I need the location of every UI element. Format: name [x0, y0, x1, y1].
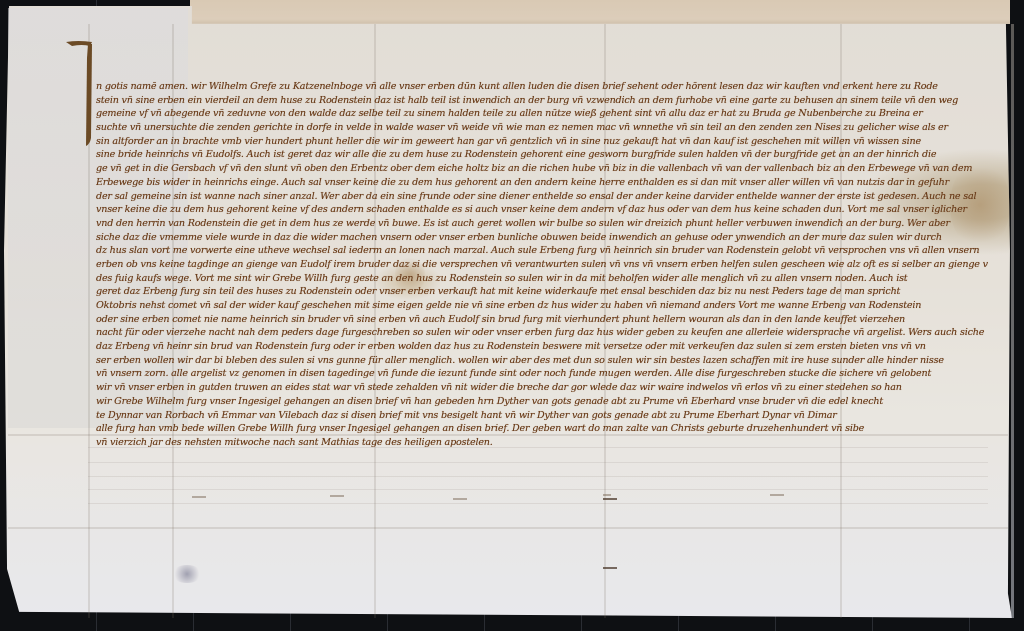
fold-mark	[603, 494, 611, 496]
text-line-final: vn̄ vierzich jar des nehsten mitwoche na…	[96, 436, 811, 450]
text-line: Erbewege bis wider in heinrichs einge. A…	[96, 176, 988, 190]
text-line: te Dynnar van Rorbach vn̄ Emmar van Vile…	[96, 409, 988, 423]
mounting-strip	[190, 0, 1010, 24]
initial-letter-i	[64, 38, 94, 148]
text-line: n gotis namē amen. wir Wilhelm Grefe zu …	[96, 80, 988, 94]
text-line: erben ob vns keine tagdinge an gienge va…	[96, 258, 988, 272]
text-line: stein vn̄ sine erben ein vierdeil an dem…	[96, 94, 988, 108]
fold-mark	[192, 496, 206, 498]
fold-mark	[603, 498, 617, 500]
text-line: wir vn̄ vnser erben in gutden truwen an …	[96, 381, 988, 395]
text-line: gemeine vf vn̄ abegende vn̄ zeduvne von …	[96, 107, 988, 121]
text-line: geret daz Erbeng furg sin teil des huses…	[96, 285, 988, 299]
text-line: daz Erbeng vn̄ heinr sin brud van Rodens…	[96, 340, 988, 354]
ruling-line	[88, 476, 988, 477]
ruling-line	[88, 489, 988, 490]
text-line: sine bride heinrichs vn̄ Eudolfs. Auch i…	[96, 148, 988, 162]
fold-mark	[770, 494, 784, 496]
text-line: vnd den herrin van Rodenstein die get in…	[96, 217, 988, 231]
ink-smudge	[172, 565, 202, 583]
fold-mark	[453, 498, 467, 500]
text-line: vnser keine die zu dem hus gehorent kein…	[96, 203, 988, 217]
text-line: ser erben wollen wir dar bi bleben des s…	[96, 354, 988, 368]
text-line: dz hus slan vort me vorwerte eine utheve…	[96, 244, 988, 258]
text-line: wir Grebe Wilhelm furg vnser Ingesigel g…	[96, 395, 988, 409]
fold-mark	[330, 495, 344, 497]
text-line: vn̄ vnsern zorn. alle argelist vz genome…	[96, 367, 988, 381]
parchment-right-edge	[1011, 24, 1014, 618]
ruling-line	[88, 462, 988, 463]
text-line: der sal gemeine sin ist wanne nach siner…	[96, 190, 988, 204]
text-line: Oktobris nehst comet vn̄ sal der wider k…	[96, 299, 988, 313]
text-line: alle furg han vmb bede willen Grebe Will…	[96, 422, 988, 436]
text-line: oder sine erben comet nie name heinrich …	[96, 313, 988, 327]
text-line: siche daz die vmemme viele wurde in daz …	[96, 231, 988, 245]
ruling-line	[88, 503, 988, 504]
text-line: ge vn̄ get in die Gersbach vf vn̄ den sl…	[96, 162, 988, 176]
text-line: nacht für oder vierzehe nacht nah dem pe…	[96, 326, 988, 340]
text-line: des fuig kaufs wege. Vort me sint wir Gr…	[96, 272, 988, 286]
text-line: sin altforder an in brachte vmb vier hun…	[96, 135, 988, 149]
charter-text: n gotis namē amen. wir Wilhelm Grefe zu …	[96, 80, 988, 450]
fold-mark	[603, 567, 617, 569]
text-line: suchte vn̄ unersuchte die zenden gericht…	[96, 121, 988, 135]
